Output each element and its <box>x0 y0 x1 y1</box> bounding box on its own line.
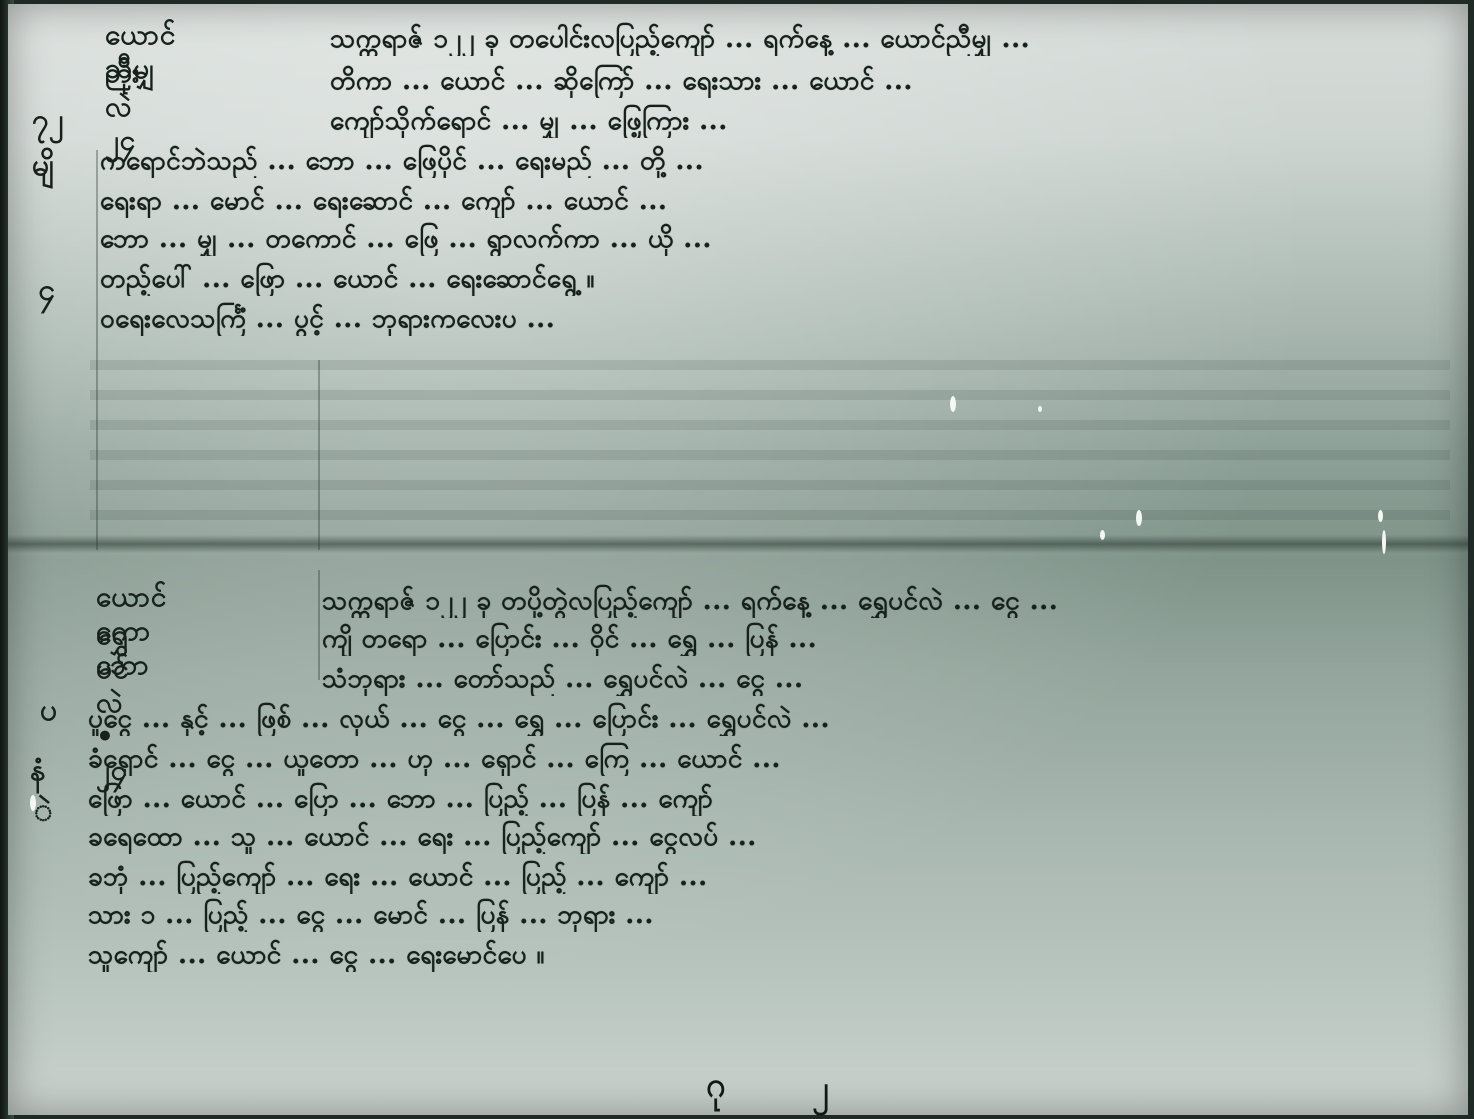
damage-speck <box>1136 510 1142 526</box>
text-line: တည့်ပေါ် ... ဖြော ... ယောင် ... ရေးဆောင်… <box>100 262 1220 296</box>
page-fold <box>8 535 1468 553</box>
text-line: ခံရှောင် ... ငွေ ... ယူတော ... ဟု ... ရှ… <box>88 742 1438 776</box>
ruling-line <box>318 570 320 680</box>
ruling-line <box>318 360 320 550</box>
folio-mark: ၂ <box>812 1066 829 1117</box>
text-line: ကျိ တရော ... ပြောင်း ... ဝိုင် ... ရွှေ … <box>322 622 1442 656</box>
text-line: ခဘုံ ... ပြည့်ကျော် ... ရေး ... ယောင် ..… <box>88 860 1438 894</box>
text-line: သက္ကရာဇ် ၁၂၂ ခု တပို့တွဲလပြည့်ကျော် ... … <box>322 584 1442 618</box>
text-line: တိကာ ... ယောင် ... ဆိုကြော် ... ရေးသား .… <box>330 64 1440 98</box>
text-line: ရေးရာ ... မောင် ... ရေးဆောင် ... ကျော် .… <box>100 184 1440 218</box>
entry-heading-line-2: ဘိုးလဲ ၂၄ <box>105 56 140 158</box>
damage-speck <box>1100 530 1105 540</box>
damage-speck <box>1382 530 1386 554</box>
text-line: ခရေထော ... သူ ... ယောင် ... ရေး ... ပြည့… <box>88 820 1438 854</box>
text-line: သား ၁ ... ပြည့် ... ငွေ ... မောင် ... ပြ… <box>88 898 1438 932</box>
faded-passage <box>90 360 1450 540</box>
margin-annotation: ဲ <box>34 790 53 835</box>
ruling-line <box>96 150 98 550</box>
text-line: သက္ကရာဇ် ၁၂၂ ခု တပေါင်းလပြည့်ကျော် ... ရ… <box>330 22 1440 56</box>
text-line: ကရောင်ဘဲသည် ... ဘော ... ဖြေပိုင် ... ရေး… <box>100 144 1440 178</box>
margin-annotation: ၄ <box>38 270 55 315</box>
text-line: ပူငွေ ... နှင့် ... ဖြစ် ... လှယ် ... ငွ… <box>88 702 1438 736</box>
margin-annotation: ပ <box>40 690 57 735</box>
margin-annotation: နံ <box>30 750 46 795</box>
damage-speck <box>950 396 956 412</box>
damage-speck <box>1038 406 1042 412</box>
text-line: ဝရေးလေသင်္ကြံ ... ပွင့် ... ဘုရားကလေးပ .… <box>100 302 1000 336</box>
text-line: ဘော ... မျှ ... တကောင် ... ဖြေ ... ရွာလက… <box>100 222 1440 256</box>
margin-annotation: ၇၂ မျိ <box>32 100 64 190</box>
folio-mark: ဂု <box>706 1062 725 1113</box>
text-line: သံဘုရား ... တော်သည် ... ရွှေပင်လဲ ... ငွ… <box>322 662 1442 696</box>
damage-speck <box>30 795 36 811</box>
text-line: သူကျော် ... ယောင် ... ငွေ ... ရေးမောင်ပေ… <box>88 938 788 972</box>
damage-speck <box>1378 510 1383 522</box>
text-line: ကျော်သိုက်ရောင် ... မျှ ... ဖြေ့ကြား ... <box>330 104 1440 138</box>
text-line: ဖြော ... ယောင် ... ပြော ... ဘော ... ပြည့… <box>88 782 1438 816</box>
